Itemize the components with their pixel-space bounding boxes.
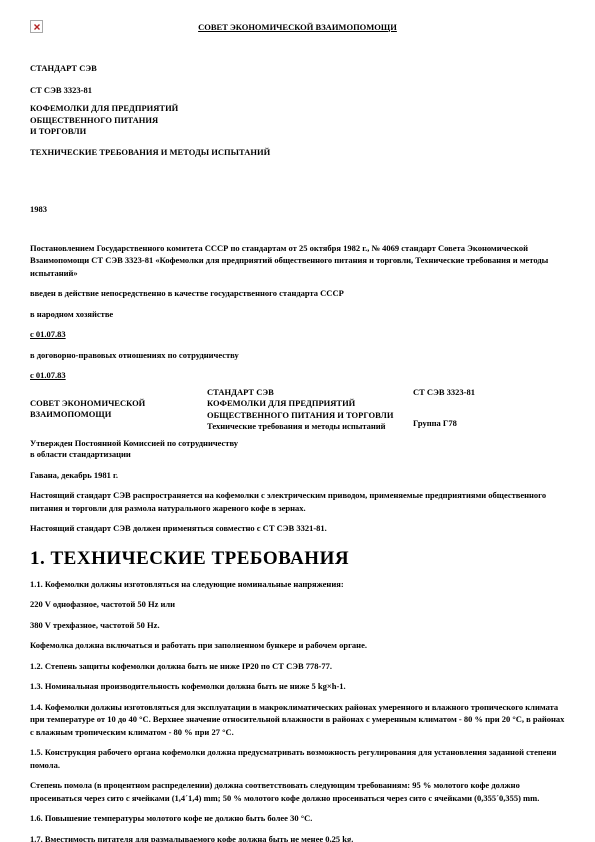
approval-note: Утвержден Постоянной Комиссией по сотруд… — [30, 438, 565, 461]
title-block-standard-label: СТАНДАРТ СЭВ — [207, 387, 413, 399]
joint-application-paragraph: Настоящий стандарт СЭВ должен применятьс… — [30, 522, 565, 535]
section-paragraph: 380 V трехфазное, частотой 50 Hz. — [30, 619, 565, 632]
front-title-line: ОБЩЕСТВЕННОГО ПИТАНИЯ — [30, 115, 565, 127]
section-paragraph: Степень помола (в процентном распределен… — [30, 779, 565, 804]
front-title-line: И ТОРГОВЛИ — [30, 126, 565, 138]
section-heading: 1. ТЕХНИЧЕСКИЕ ТРЕБОВАНИЯ — [30, 548, 565, 570]
standard-title-block: СОВЕТ ЭКОНОМИЧЕСКОЙ ВЗАИМОПОМОЩИ СТАНДАР… — [30, 387, 565, 433]
section-paragraph: 1.2. Степень защиты кофемолки должна быт… — [30, 660, 565, 673]
section-paragraph: 1.1. Кофемолки должны изготовляться на с… — [30, 578, 565, 591]
preamble-paragraph: в договорно-правовых отношениях по сотру… — [30, 349, 565, 362]
effective-date: с 01.07.83 — [30, 328, 565, 341]
title-block-right: СТ СЭВ 3323-81 Группа Г78 — [413, 387, 565, 433]
title-block-organization: СОВЕТ ЭКОНОМИЧЕСКОЙ ВЗАИМОПОМОЩИ — [30, 387, 207, 433]
title-block-group: Группа Г78 — [413, 418, 565, 430]
front-year: 1983 — [30, 203, 565, 215]
section-paragraph: 1.4. Кофемолки должны изготовляться для … — [30, 701, 565, 739]
preamble-paragraph: введен в действие непосредственно в каче… — [30, 287, 565, 300]
section-paragraph: 220 V однофазное, частотой 50 Hz или — [30, 598, 565, 611]
title-block-subtitle: Технические требования и методы испытани… — [207, 421, 413, 433]
title-block-title-line: КОФЕМОЛКИ ДЛЯ ПРЕДПРИЯТИЙ — [207, 398, 413, 410]
title-block-standard-number: СТ СЭВ 3323-81 — [413, 387, 565, 399]
preamble-paragraph: Постановлением Государственного комитета… — [30, 242, 565, 280]
section-paragraph: 1.7. Вместимость питателя для размалывае… — [30, 833, 565, 842]
front-subtitle: ТЕХНИЧЕСКИЕ ТРЕБОВАНИЯ И МЕТОДЫ ИСПЫТАНИ… — [30, 146, 565, 158]
effective-date: с 01.07.83 — [30, 369, 565, 382]
document-page: СОВЕТ ЭКОНОМИЧЕСКОЙ ВЗАИМОПОМОЩИ СТАНДАР… — [0, 0, 595, 842]
front-title: КОФЕМОЛКИ ДЛЯ ПРЕДПРИЯТИЙ ОБЩЕСТВЕННОГО … — [30, 103, 565, 138]
document-body: СТАНДАРТ СЭВ СТ СЭВ 3323-81 КОФЕМОЛКИ ДЛ… — [30, 0, 565, 842]
approval-place-date: Гавана, декабрь 1981 г. — [30, 469, 565, 482]
section-paragraph: Кофемолка должна включаться и работать п… — [30, 639, 565, 652]
standard-number: СТ СЭВ 3323-81 — [30, 84, 565, 96]
title-block-center: СТАНДАРТ СЭВ КОФЕМОЛКИ ДЛЯ ПРЕДПРИЯТИЙ О… — [207, 387, 413, 433]
section-paragraph: 1.6. Повышение температуры молотого кофе… — [30, 812, 565, 825]
title-block-title-line: ОБЩЕСТВЕННОГО ПИТАНИЯ И ТОРГОВЛИ — [207, 410, 413, 422]
organization-line: СОВЕТ ЭКОНОМИЧЕСКОЙ — [30, 398, 207, 410]
section-paragraph: 1.5. Конструкция рабочего органа кофемол… — [30, 746, 565, 771]
approval-line: Утвержден Постоянной Комиссией по сотруд… — [30, 438, 565, 450]
organization-line: ВЗАИМОПОМОЩИ — [30, 409, 207, 421]
preamble-paragraph: в народном хозяйстве — [30, 308, 565, 321]
document-header-title: СОВЕТ ЭКОНОМИЧЕСКОЙ ВЗАИМОПОМОЩИ — [0, 22, 595, 33]
approval-line: в области стандартизации — [30, 449, 565, 461]
scope-paragraph: Настоящий стандарт СЭВ распространяется … — [30, 489, 565, 514]
standard-label: СТАНДАРТ СЭВ — [30, 62, 565, 74]
front-title-line: КОФЕМОЛКИ ДЛЯ ПРЕДПРИЯТИЙ — [30, 103, 565, 115]
section-paragraph: 1.3. Номинальная производительность кофе… — [30, 680, 565, 693]
